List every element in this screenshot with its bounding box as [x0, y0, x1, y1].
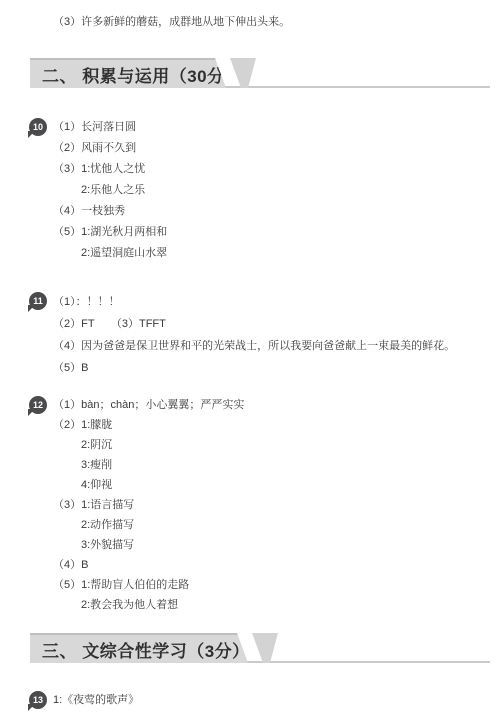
section-title: 三、 文综合性学习（3分）	[30, 633, 248, 663]
answer-subline: 2:教会我为他人着想	[53, 595, 497, 615]
section-banner-tail	[252, 633, 278, 663]
answer-line: （1）：！！！	[53, 291, 497, 313]
answer-line: （1）长河落日圆	[53, 117, 497, 138]
section-header-3: 三、 文综合性学习（3分）	[30, 633, 497, 663]
answer-line: （2）1:朦胧	[53, 415, 497, 435]
answer-line: （2）FT （3）TFFT	[53, 313, 497, 335]
answer-line: （5）B	[53, 357, 497, 379]
answer-subline: 3:外貌描写	[53, 535, 497, 555]
section-header-2: 二、 积累与运用（30分）	[30, 58, 497, 88]
section-banner-tail	[230, 58, 256, 88]
question-number-badge: 11	[29, 292, 47, 310]
question-10: 10 （1）长河落日圆 （2）风雨不久到 （3）1:忧他人之忧 2:乐他人之乐 …	[53, 117, 497, 264]
answer-line: （4）因为爸爸是保卫世界和平的光荣战士，所以我要向爸爸献上一束最美的鲜花。	[53, 335, 497, 357]
question-11: 11 （1）：！！！ （2）FT （3）TFFT （4）因为爸爸是保卫世界和平的…	[53, 291, 497, 379]
answer-line: （1）bàn；chàn；小心翼翼；严严实实	[53, 395, 497, 415]
answer-line: （4）B	[53, 555, 497, 575]
answer-line: （5）1:帮助盲人伯伯的走路	[53, 575, 497, 595]
question-13: 13 1:《夜莺的歌声》	[53, 690, 497, 710]
answer-line: （2）风雨不久到	[53, 138, 497, 159]
answer-line: （4）一枝独秀	[53, 201, 497, 222]
answer-subline: 2:动作描写	[53, 515, 497, 535]
answer-line: （5）1:湖光秋月两相和	[53, 222, 497, 243]
question-number-badge: 13	[29, 691, 47, 709]
answer-subline: 2:乐他人之乐	[53, 180, 497, 201]
question-number-badge: 12	[29, 396, 47, 414]
answer-line: 1:《夜莺的歌声》	[53, 690, 497, 710]
answer-line: （3）1:语言描写	[53, 495, 497, 515]
answer-line: （3）1:忧他人之忧	[53, 159, 497, 180]
answer-subline: 2:遥望洞庭山水翠	[53, 243, 497, 264]
previous-answer-line: （3）许多新鲜的蘑菇，成群地从地下伸出头来。	[53, 15, 497, 29]
question-number-badge: 10	[29, 118, 47, 136]
answer-subline: 2:阴沉	[53, 435, 497, 455]
answer-subline: 3:瘦削	[53, 455, 497, 475]
question-12: 12 （1）bàn；chàn；小心翼翼；严严实实 （2）1:朦胧 2:阴沉 3:…	[53, 395, 497, 615]
section-title: 二、 积累与运用（30分）	[30, 58, 226, 88]
answer-subline: 4:仰视	[53, 475, 497, 495]
